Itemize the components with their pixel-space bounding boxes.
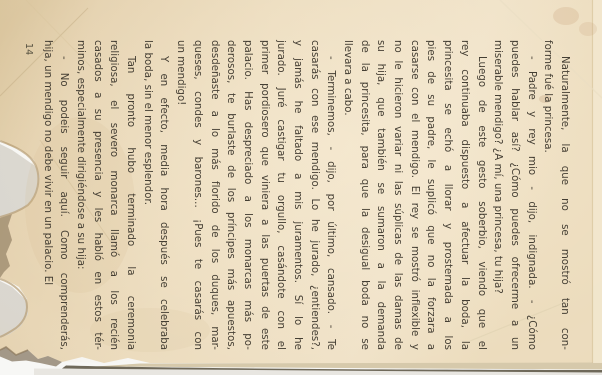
- paragraph: Naturalmente, la que no se mostró tan co…: [539, 40, 572, 350]
- text-line: rey continuaba dispuesto a afectuar la b…: [455, 40, 472, 350]
- text-line: Luego de este gesto soberbio, viendo que…: [472, 40, 489, 350]
- text-line: derosos, te burlaste de los príncipes má…: [222, 40, 239, 350]
- text-line: puedes hablar así? ¿Cómo puedes ofrecerm…: [505, 40, 522, 350]
- text-line: - Terminemos, - dijo, por último, cansad…: [322, 40, 339, 350]
- text-line: palacio. Has despreciado a los monarcas …: [238, 40, 255, 350]
- text-line: jurado. Juré castigar tu orgullo, casánd…: [272, 40, 289, 350]
- paragraph: - Terminemos, - dijo, por último, cansad…: [172, 40, 339, 350]
- paragraph: - Padre y rey mio - dijo, indignada. - ¿…: [489, 40, 539, 350]
- text-line: llevara a cabo.: [338, 40, 355, 350]
- paragraph: - No podeis seguir aquí. Como comprender…: [38, 40, 71, 350]
- text-line: - No podeis seguir aquí. Como comprender…: [55, 40, 72, 350]
- text-line: primer pordiosero que viniera a las puer…: [255, 40, 272, 350]
- text-line: forme fué la princesa.: [539, 40, 556, 350]
- text-line: casarse con el mendigo. El rey se mostró…: [405, 40, 422, 350]
- paragraph: Luego de este gesto soberbio, viendo que…: [338, 40, 488, 350]
- text-line: un mendigo!: [172, 40, 189, 350]
- text-line: hija, un mendigo no debe vivir en un pal…: [38, 40, 55, 350]
- stain: [553, 7, 579, 25]
- paragraph: Tan pronto hubo terminado la ceremoniare…: [71, 40, 138, 350]
- text-line: la boda, sin el menor esplendor.: [138, 40, 155, 350]
- text-line: - Padre y rey mio - dijo, indignada. - ¿…: [522, 40, 539, 350]
- stain: [579, 22, 597, 36]
- page-text: Naturalmente, la que no se mostró tan co…: [38, 40, 572, 350]
- text-line: Naturalmente, la que no se mostró tan co…: [555, 40, 572, 350]
- text-line: casarás con ese mendigo. Lo he jurado, ¿…: [305, 40, 322, 350]
- text-line: desdeñaste a lo más florido de los duque…: [205, 40, 222, 350]
- text-line: pies de su padre, le suplicó que no la f…: [422, 40, 439, 350]
- text-line: princesita se echó a llorar y prosternad…: [439, 40, 456, 350]
- text-line: minos, especialmente dirigiéndose a su h…: [71, 40, 88, 350]
- book-page-scan: Naturalmente, la que no se mostró tan co…: [0, 0, 602, 375]
- text-line: religiosa, el severo monarca llamó a los…: [105, 40, 122, 350]
- text-line: Y en efecto, media hora después se celeb…: [155, 40, 172, 350]
- text-line: su hija, que también se sumaron a la dem…: [372, 40, 389, 350]
- text-line: miserable mendigo? ¿A mí, una princesa, …: [489, 40, 506, 350]
- page-number: 14: [19, 43, 36, 350]
- text-line: de la princesita, para que la desigual b…: [355, 40, 372, 350]
- text-line: y jamás he faltado a mis juramentos. Sí …: [288, 40, 305, 350]
- text-line: casados a su presencia y les habló en es…: [88, 40, 105, 350]
- text-line: no le hicieron variar ni las súplicas de…: [388, 40, 405, 350]
- rotated-text-block: Naturalmente, la que no se mostró tan co…: [20, 40, 572, 350]
- paragraph: Y en efecto, media hora después se celeb…: [138, 40, 171, 350]
- text-line: Tan pronto hubo terminado la ceremonia: [121, 40, 138, 350]
- text-line: queses, condes y barones... ¡Pues te cas…: [188, 40, 205, 350]
